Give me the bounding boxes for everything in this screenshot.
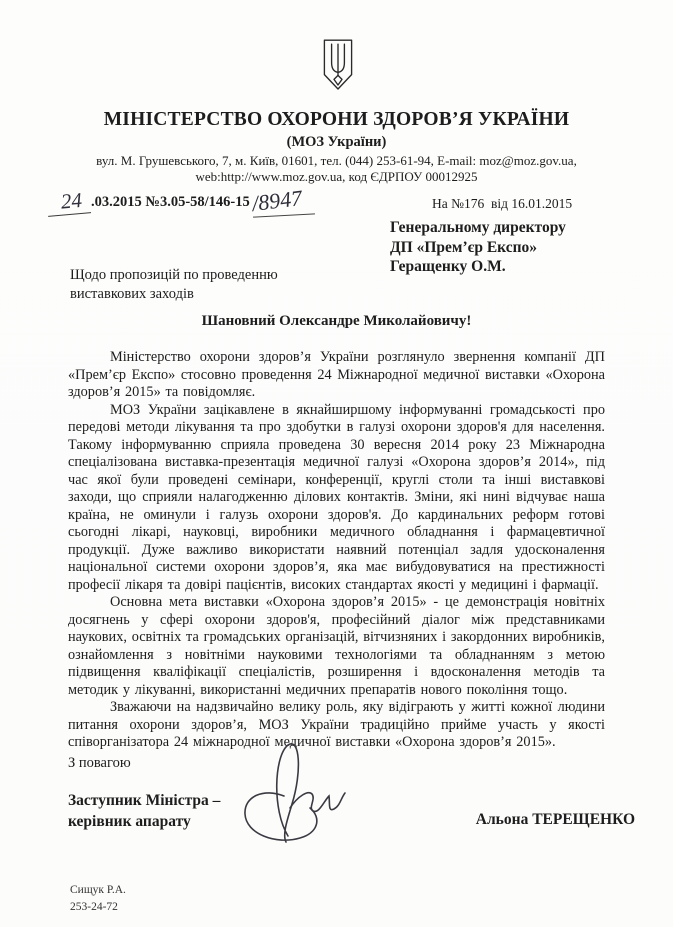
scanned-letter-page: МІНІСТЕРСТВО ОХОРОНИ ЗДОРОВ’Я УКРАЇНИ (М… — [0, 0, 673, 927]
handwritten-registration-number: /8947 — [250, 185, 303, 217]
signer-name: Альона ТЕРЕЩЕНКО — [476, 811, 635, 829]
recipient-name: Геращенку О.М. — [390, 257, 566, 277]
incoming-reference-line: На №176 від 16.01.2015 — [432, 196, 572, 212]
signer-position-block: Заступник Міністра – керівник апарату — [68, 790, 220, 832]
printed-reference-number: .03.2015 №3.05-58/146-15 — [91, 194, 250, 210]
ukraine-trident-emblem-icon — [322, 38, 354, 97]
recipient-company: ДП «Прем’єр Експо» — [390, 238, 566, 258]
outgoing-reference-line: 24.03.2015 №3.05-58/146-15/8947 — [47, 188, 302, 215]
executor-name: Сищук Р.А. — [70, 882, 126, 899]
regards-line: З повагою — [68, 755, 131, 772]
executor-footer: Сищук Р.А. 253-24-72 — [70, 882, 126, 916]
ministry-title: МІНІСТЕРСТВО ОХОРОНИ ЗДОРОВ’Я УКРАЇНИ — [0, 109, 673, 131]
signer-position-line2: керівник апарату — [68, 811, 220, 832]
executor-phone: 253-24-72 — [70, 899, 126, 916]
recipient-block: Генеральному директору ДП «Прем’єр Експо… — [390, 218, 566, 277]
subject-block: Щодо пропозицій по проведенню виставкови… — [70, 266, 278, 304]
subject-line2: виставкових заходів — [70, 285, 278, 304]
handwritten-signature — [228, 738, 368, 863]
body-paragraph-2: МОЗ України зацікавлене в якнайширшому і… — [68, 402, 605, 595]
ministry-short-name: (МОЗ України) — [0, 134, 673, 151]
body-paragraph-1: Міністерство охорони здоров’я України ро… — [68, 349, 605, 402]
body-paragraph-3: Основна мета виставки «Охорона здоров’я … — [68, 594, 605, 699]
handwritten-day: 24 — [46, 187, 91, 217]
recipient-position: Генеральному директору — [390, 218, 566, 238]
letter-body: Шановний Олександре Миколайовичу! Мініст… — [68, 313, 605, 752]
ministry-address-line2: web:http://www.moz.gov.ua, код ЄДРПОУ 00… — [0, 169, 673, 185]
subject-line1: Щодо пропозицій по проведенню — [70, 266, 278, 285]
salutation: Шановний Олександре Миколайовичу! — [68, 313, 605, 330]
signer-position-line1: Заступник Міністра – — [68, 790, 220, 811]
ministry-address-line1: вул. М. Грушевського, 7, м. Київ, 01601,… — [0, 153, 673, 169]
